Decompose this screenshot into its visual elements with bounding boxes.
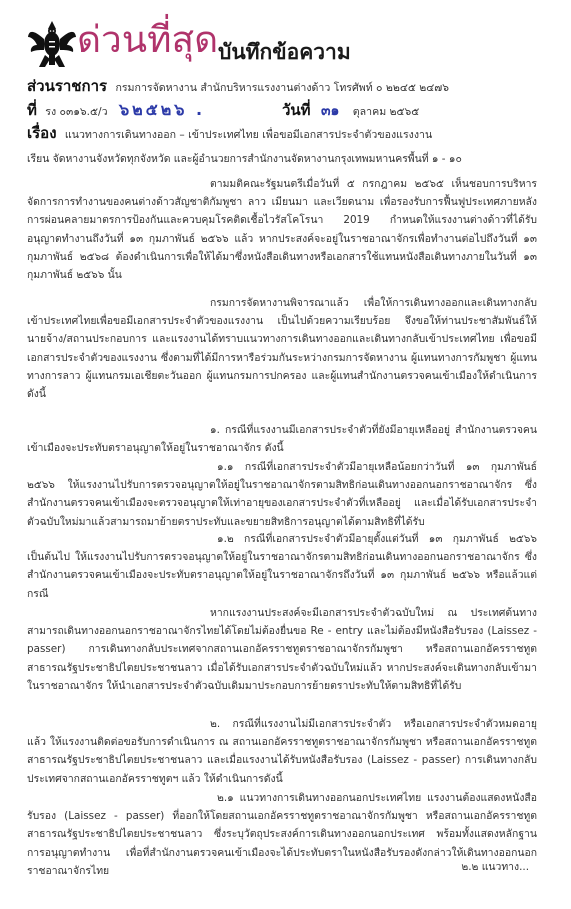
subject-value: แนวทางการเดินทางออก – เข้าประเทศไทย เพื่… — [65, 129, 432, 141]
paragraph-text: ๑.๑ กรณีที่เอกสารประจำตัวมีอายุเหลือน้อย… — [27, 458, 537, 531]
memo-page: ด่วนที่สุด บันทึกข้อความ ส่วนราชการ กรมก… — [0, 0, 571, 909]
reference-row: ที่ รง ๐๓๑๖.๕/ว ๖๒๕๒๖ . — [27, 101, 205, 121]
reference-prefix: รง ๐๓๑๖.๕/ว — [45, 106, 107, 118]
paragraph-text: ๒. กรณีที่แรงงานไม่มีเอกสารประจำตัว หรือ… — [27, 715, 537, 788]
date-month-year: ตุลาคม ๒๕๖๕ — [353, 106, 420, 118]
reference-number-stamp: ๖๒๕๒๖ . — [119, 100, 205, 119]
paragraph-case-1-2: ๑.๒ กรณีที่เอกสารประจำตัวมีอายุตั้งแต่วั… — [27, 530, 537, 603]
continuation-marker: ๒.๒ แนวทาง... — [461, 858, 529, 875]
paragraph-case-1: ๑. กรณีที่แรงงานมีเอกสารประจำตัวที่ยังมี… — [27, 421, 537, 457]
date-label: วันที่ — [282, 101, 311, 119]
paragraph-text: หากแรงงานประสงค์จะมีเอกสารประจำตัวฉบับให… — [27, 604, 537, 695]
subject-label: เรื่อง — [27, 124, 57, 142]
paragraph-text: ๑. กรณีที่แรงงานมีเอกสารประจำตัวที่ยังมี… — [27, 421, 537, 457]
urgency-label: ด่วนที่สุด — [77, 18, 218, 62]
garuda-emblem-icon — [27, 17, 77, 69]
department-label: ส่วนราชการ — [27, 77, 107, 95]
date-row: วันที่ ๓๑ ตุลาคม ๒๕๖๕ — [282, 101, 419, 121]
addressee: เรียน จัดหางานจังหวัดทุกจังหวัด และผู้อำ… — [27, 151, 462, 167]
department-row: ส่วนราชการ กรมการจัดหางาน สำนักบริหารแรง… — [27, 77, 449, 97]
reference-label: ที่ — [27, 101, 37, 119]
department-value: กรมการจัดหางาน สำนักบริหารแรงงานต่างด้าว… — [115, 82, 449, 94]
paragraph-case-2: ๒. กรณีที่แรงงานไม่มีเอกสารประจำตัว หรือ… — [27, 715, 537, 788]
memo-title: บันทึกข้อความ — [218, 38, 351, 66]
paragraph-text: กรมการจัดหางานพิจารณาแล้ว เพื่อให้การเดิ… — [27, 294, 537, 403]
paragraph-case-1-1: ๑.๑ กรณีที่เอกสารประจำตัวมีอายุเหลือน้อย… — [27, 458, 537, 531]
paragraph-text: ๑.๒ กรณีที่เอกสารประจำตัวมีอายุตั้งแต่วั… — [27, 530, 537, 603]
paragraph-new-document: หากแรงงานประสงค์จะมีเอกสารประจำตัวฉบับให… — [27, 604, 537, 695]
paragraph-background: ตามมติคณะรัฐมนตรีเมื่อวันที่ ๕ กรกฎาคม ๒… — [27, 175, 537, 284]
subject-row: เรื่อง แนวทางการเดินทางออก – เข้าประเทศไ… — [27, 124, 432, 144]
paragraph-decision: กรมการจัดหางานพิจารณาแล้ว เพื่อให้การเดิ… — [27, 294, 537, 403]
date-day-stamp: ๓๑ — [321, 103, 339, 119]
paragraph-text: ตามมติคณะรัฐมนตรีเมื่อวันที่ ๕ กรกฎาคม ๒… — [27, 175, 537, 284]
